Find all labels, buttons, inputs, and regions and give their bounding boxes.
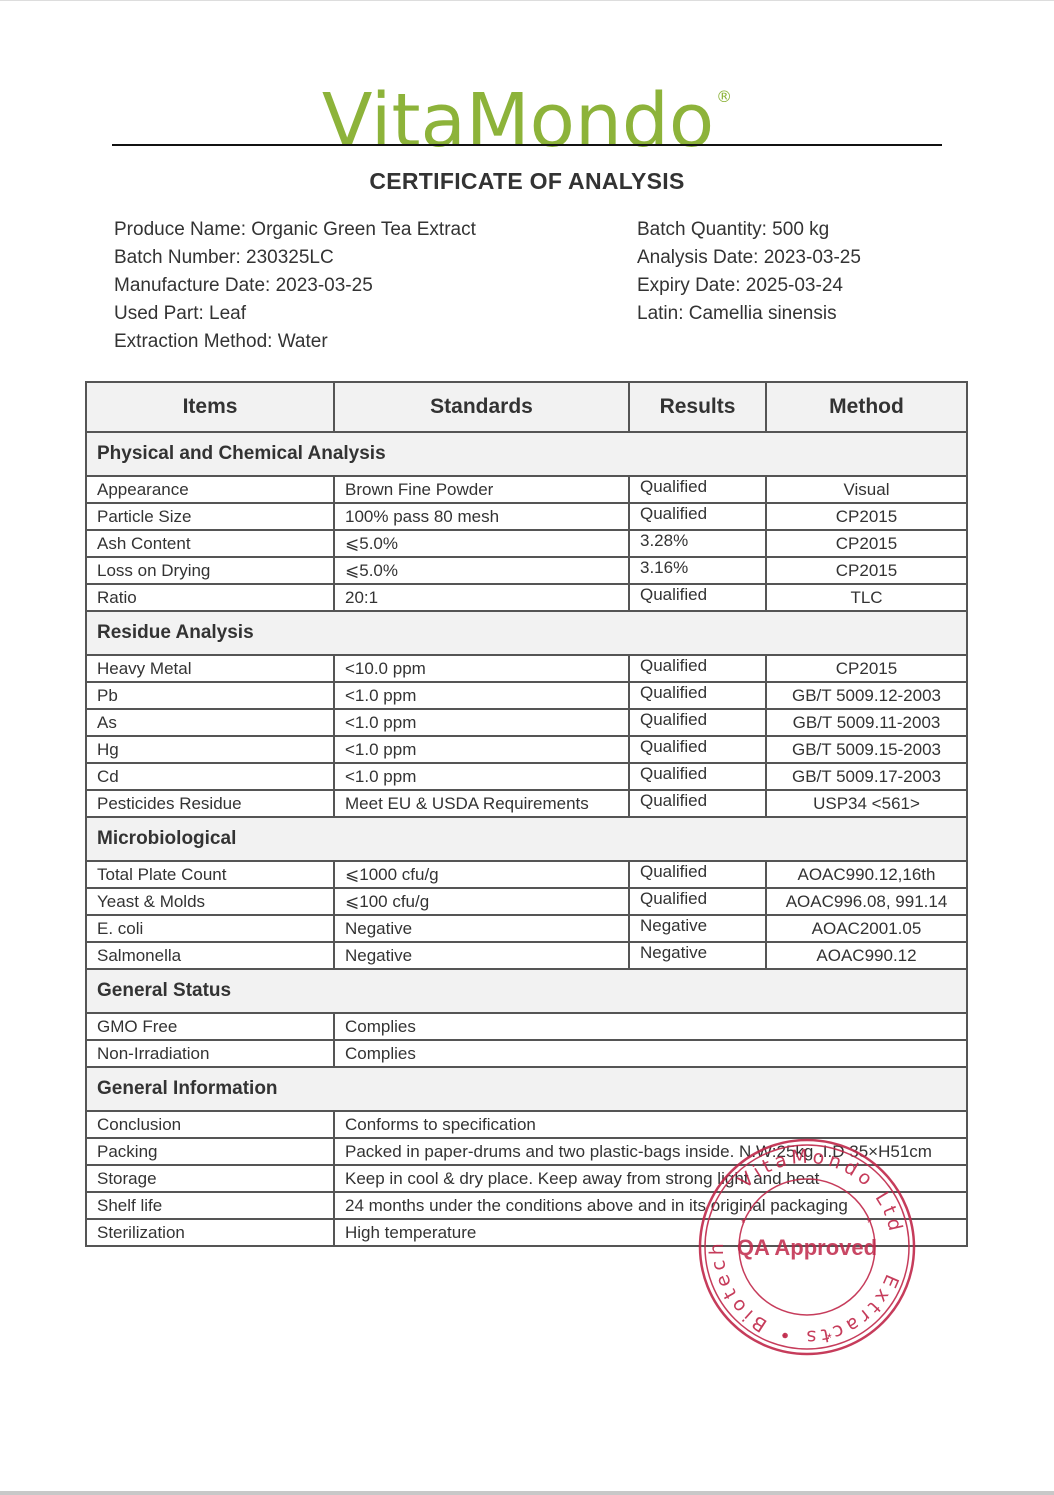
value-cell: High temperature — [334, 1219, 967, 1246]
used-part: Used Part: Leaf — [114, 300, 476, 328]
table-row: Ratio20:1QualifiedTLC — [86, 584, 967, 611]
method-cell: CP2015 — [766, 557, 967, 584]
product-info-left: Produce Name: Organic Green Tea Extract … — [114, 216, 476, 356]
header-results: Results — [629, 382, 766, 432]
result-cell: Negative — [629, 915, 766, 942]
item-cell: Total Plate Count — [86, 861, 334, 888]
result-cell: Qualified — [629, 476, 766, 503]
item-cell: E. coli — [86, 915, 334, 942]
table-row: Total Plate Count⩽1000 cfu/gQualifiedAOA… — [86, 861, 967, 888]
item-cell: Appearance — [86, 476, 334, 503]
method-cell: TLC — [766, 584, 967, 611]
item-cell: Non-Irradiation — [86, 1040, 334, 1067]
value-cell: Packed in paper-drums and two plastic-ba… — [334, 1138, 967, 1165]
header-standards: Standards — [334, 382, 629, 432]
table-body: Physical and Chemical AnalysisAppearance… — [86, 432, 967, 1246]
standard-cell: 20:1 — [334, 584, 629, 611]
value-cell: Complies — [334, 1013, 967, 1040]
registered-mark: ® — [716, 87, 732, 106]
result-cell: 3.28% — [629, 530, 766, 557]
expiry-date: Expiry Date: 2025-03-24 — [637, 272, 861, 300]
table-row: Ash Content⩽5.0%3.28%CP2015 — [86, 530, 967, 557]
table-row: AppearanceBrown Fine PowderQualifiedVisu… — [86, 476, 967, 503]
standard-cell: <1.0 ppm — [334, 736, 629, 763]
stamp-star-icon: * — [782, 1331, 787, 1345]
header-divider — [112, 144, 942, 146]
method-cell: AOAC990.12 — [766, 942, 967, 969]
table-row: Hg<1.0 ppmQualifiedGB/T 5009.15-2003 — [86, 736, 967, 763]
method-cell: CP2015 — [766, 503, 967, 530]
result-cell: Qualified — [629, 503, 766, 530]
item-cell: Loss on Drying — [86, 557, 334, 584]
method-cell: GB/T 5009.17-2003 — [766, 763, 967, 790]
item-cell: Ratio — [86, 584, 334, 611]
table-row: Non-IrradiationComplies — [86, 1040, 967, 1067]
result-value: 3.28% — [640, 531, 688, 550]
result-cell: 3.16% — [629, 557, 766, 584]
item-cell: Yeast & Molds — [86, 888, 334, 915]
value-cell: Keep in cool & dry place. Keep away from… — [334, 1165, 967, 1192]
standard-cell: <1.0 ppm — [334, 682, 629, 709]
produce-name: Produce Name: Organic Green Tea Extract — [114, 216, 476, 244]
value-cell: Conforms to specification — [334, 1111, 967, 1138]
table-row: PackingPacked in paper-drums and two pla… — [86, 1138, 967, 1165]
stamp-star-icon: * — [827, 1331, 832, 1345]
item-cell: Particle Size — [86, 503, 334, 530]
method-cell: AOAC2001.05 — [766, 915, 967, 942]
table-row: Particle Size100% pass 80 meshQualifiedC… — [86, 503, 967, 530]
item-cell: Shelf life — [86, 1192, 334, 1219]
method-cell: GB/T 5009.11-2003 — [766, 709, 967, 736]
standard-cell: Negative — [334, 915, 629, 942]
item-cell: Hg — [86, 736, 334, 763]
result-value: Negative — [640, 916, 707, 935]
extraction-method: Extraction Method: Water — [114, 328, 476, 356]
item-cell: Heavy Metal — [86, 655, 334, 682]
method-cell: GB/T 5009.12-2003 — [766, 682, 967, 709]
result-cell: Qualified — [629, 655, 766, 682]
table-row: GMO FreeComplies — [86, 1013, 967, 1040]
section-row: Residue Analysis — [86, 611, 967, 655]
result-cell: Qualified — [629, 861, 766, 888]
result-cell: Negative — [629, 942, 766, 969]
stamp-bottom-text: Extracts • Biotech — [706, 1239, 903, 1348]
standard-cell: ⩽100 cfu/g — [334, 888, 629, 915]
manufacture-date: Manufacture Date: 2023-03-25 — [114, 272, 476, 300]
result-value: 3.16% — [640, 558, 688, 577]
item-cell: Packing — [86, 1138, 334, 1165]
standard-cell: <1.0 ppm — [334, 709, 629, 736]
result-value: Qualified — [640, 889, 707, 908]
section-row: Physical and Chemical Analysis — [86, 432, 967, 476]
item-cell: Pesticides Residue — [86, 790, 334, 817]
batch-number: Batch Number: 230325LC — [114, 244, 476, 272]
result-cell: Qualified — [629, 790, 766, 817]
standard-cell: Meet EU & USDA Requirements — [334, 790, 629, 817]
header-items: Items — [86, 382, 334, 432]
table-row: As<1.0 ppmQualifiedGB/T 5009.11-2003 — [86, 709, 967, 736]
table-row: SalmonellaNegativeNegativeAOAC990.12 — [86, 942, 967, 969]
table-row: Yeast & Molds⩽100 cfu/gQualifiedAOAC996.… — [86, 888, 967, 915]
page-top-border — [0, 0, 1054, 1]
latin-name: Latin: Camellia sinensis — [637, 300, 861, 328]
method-cell: GB/T 5009.15-2003 — [766, 736, 967, 763]
result-cell: Qualified — [629, 682, 766, 709]
item-cell: Salmonella — [86, 942, 334, 969]
table-row: Loss on Drying⩽5.0%3.16%CP2015 — [86, 557, 967, 584]
standard-cell: <10.0 ppm — [334, 655, 629, 682]
item-cell: As — [86, 709, 334, 736]
item-cell: Conclusion — [86, 1111, 334, 1138]
item-cell: Pb — [86, 682, 334, 709]
standard-cell: ⩽5.0% — [334, 557, 629, 584]
document-title: CERTIFICATE OF ANALYSIS — [0, 168, 1054, 195]
result-value: Qualified — [640, 710, 707, 729]
table-row: ConclusionConforms to specification — [86, 1111, 967, 1138]
result-value: Qualified — [640, 585, 707, 604]
section-row: General Information — [86, 1067, 967, 1111]
section-row: Microbiological — [86, 817, 967, 861]
standard-cell: Negative — [334, 942, 629, 969]
section-title: Microbiological — [86, 817, 967, 861]
result-value: Qualified — [640, 791, 707, 810]
analysis-table: Items Standards Results Method Physical … — [85, 381, 968, 1247]
svg-text:Extracts • Biotech: Extracts • Biotech — [706, 1239, 903, 1348]
table-row: Shelf life24 months under the conditions… — [86, 1192, 967, 1219]
table-row: Pesticides ResidueMeet EU & USDA Require… — [86, 790, 967, 817]
result-cell: Qualified — [629, 584, 766, 611]
table-header-row: Items Standards Results Method — [86, 382, 967, 432]
standard-cell: <1.0 ppm — [334, 763, 629, 790]
table-row: SterilizationHigh temperature — [86, 1219, 967, 1246]
result-value: Qualified — [640, 764, 707, 783]
item-cell: GMO Free — [86, 1013, 334, 1040]
result-cell: Qualified — [629, 888, 766, 915]
standard-cell: ⩽1000 cfu/g — [334, 861, 629, 888]
item-cell: Storage — [86, 1165, 334, 1192]
standard-cell: ⩽5.0% — [334, 530, 629, 557]
section-title: General Information — [86, 1067, 967, 1111]
section-title: Residue Analysis — [86, 611, 967, 655]
method-cell: AOAC996.08, 991.14 — [766, 888, 967, 915]
standard-cell: 100% pass 80 mesh — [334, 503, 629, 530]
analysis-date: Analysis Date: 2023-03-25 — [637, 244, 861, 272]
value-cell: Complies — [334, 1040, 967, 1067]
section-row: General Status — [86, 969, 967, 1013]
result-cell: Qualified — [629, 709, 766, 736]
item-cell: Ash Content — [86, 530, 334, 557]
result-value: Qualified — [640, 683, 707, 702]
result-value: Qualified — [640, 477, 707, 496]
result-cell: Qualified — [629, 763, 766, 790]
result-value: Qualified — [640, 737, 707, 756]
brand-name: VitaMondo — [322, 78, 714, 164]
item-cell: Cd — [86, 763, 334, 790]
section-title: General Status — [86, 969, 967, 1013]
section-title: Physical and Chemical Analysis — [86, 432, 967, 476]
batch-quantity: Batch Quantity: 500 kg — [637, 216, 861, 244]
brand-logo: VitaMondo® — [0, 52, 1054, 166]
table-row: E. coliNegativeNegativeAOAC2001.05 — [86, 915, 967, 942]
method-cell: CP2015 — [766, 530, 967, 557]
table-row: Cd<1.0 ppmQualifiedGB/T 5009.17-2003 — [86, 763, 967, 790]
header-method: Method — [766, 382, 967, 432]
table-row: Pb<1.0 ppmQualifiedGB/T 5009.12-2003 — [86, 682, 967, 709]
result-value: Qualified — [640, 862, 707, 881]
table-row: StorageKeep in cool & dry place. Keep aw… — [86, 1165, 967, 1192]
table-row: Heavy Metal<10.0 ppmQualifiedCP2015 — [86, 655, 967, 682]
method-cell: AOAC990.12,16th — [766, 861, 967, 888]
result-cell: Qualified — [629, 736, 766, 763]
page-bottom-border — [0, 1491, 1054, 1495]
standard-cell: Brown Fine Powder — [334, 476, 629, 503]
product-info-right: Batch Quantity: 500 kg Analysis Date: 20… — [637, 216, 861, 328]
method-cell: USP34 <561> — [766, 790, 967, 817]
item-cell: Sterilization — [86, 1219, 334, 1246]
method-cell: Visual — [766, 476, 967, 503]
result-value: Qualified — [640, 656, 707, 675]
value-cell: 24 months under the conditions above and… — [334, 1192, 967, 1219]
result-value: Negative — [640, 943, 707, 962]
result-value: Qualified — [640, 504, 707, 523]
method-cell: CP2015 — [766, 655, 967, 682]
